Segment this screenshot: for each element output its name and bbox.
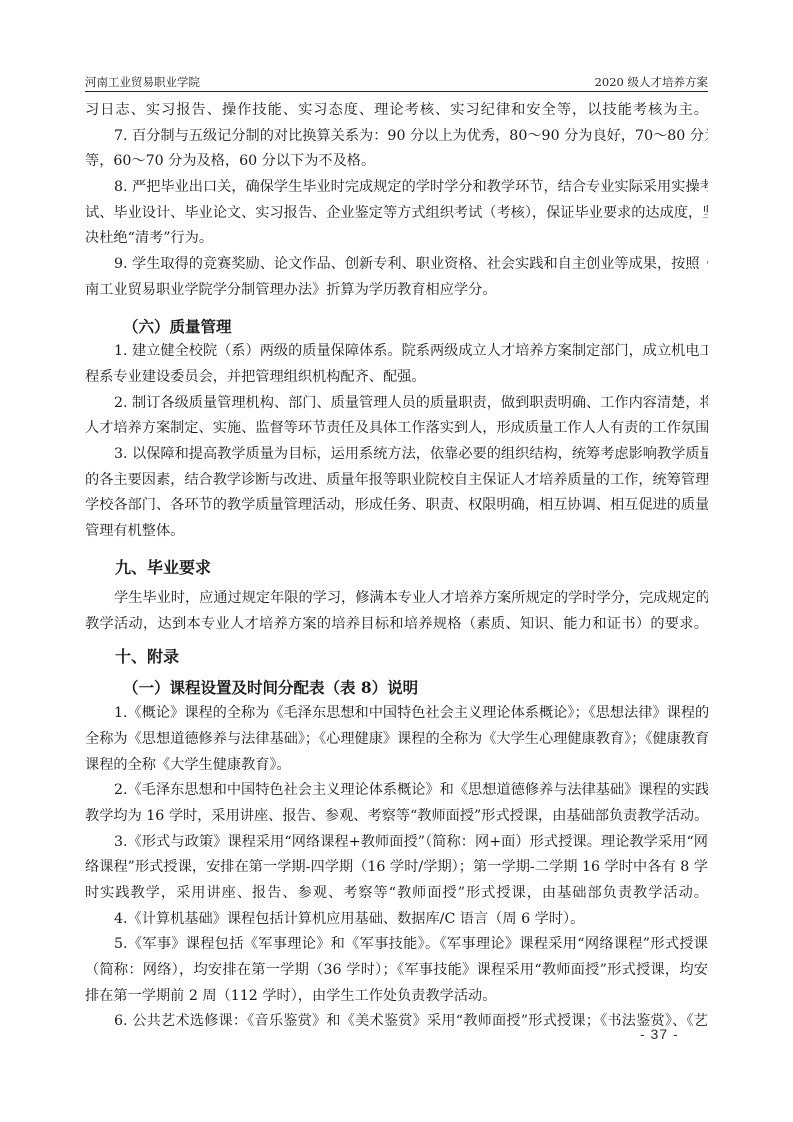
paragraph-line: 人才培养方案制定、实施、监督等环节责任及具体工作落实到人，形成质量工作人人有责的… xyxy=(85,416,708,442)
paragraph-line: 决杜绝“清考”行为。 xyxy=(85,226,708,252)
section-heading-quality: （六）质量管理 xyxy=(85,314,708,340)
paragraph-line: 试、毕业设计、毕业论文、实习报告、企业鉴定等方式组织考试（考核），保证毕业要求的… xyxy=(85,201,708,227)
paragraph-line: 南工业贸易职业学院学分制管理办法》折算为学历教育相应学分。 xyxy=(85,278,708,304)
header-document-title: 2020 级人才培养方案 xyxy=(595,74,708,90)
paragraph-line: 5.《军事》课程包括《军事理论》和《军事技能》。《军事理论》课程采用“网络课程”… xyxy=(85,932,708,958)
paragraph-line: 1. 建立健全校院（系）两级的质量保障体系。院系两级成立人才培养方案制定部门，成… xyxy=(85,339,708,365)
paragraph-line: 7. 百分制与五级记分制的对比换算关系为：90 分以上为优秀，80～90 分为良… xyxy=(85,124,708,150)
running-header: 河南工业贸易职业学院 2020 级人才培养方案 xyxy=(85,74,708,91)
paragraph-line: 2.《毛泽东思想和中国特色社会主义理论体系概论》和《思想道德修养与法律基础》课程… xyxy=(85,778,708,804)
paragraph-line: 学生毕业时，应通过规定年限的学习，修满本专业人才培养方案所规定的学时学分，完成规… xyxy=(85,586,708,612)
paragraph-line: 8. 严把毕业出口关，确保学生毕业时完成规定的学时学分和教学环节，结合专业实际采… xyxy=(85,175,708,201)
paragraph-line: 习日志、实习报告、操作技能、实习态度、理论考核、实习纪律和安全等，以技能考核为主… xyxy=(85,98,708,124)
paragraph-line: 的各主要因素，结合教学诊断与改进、质量年报等职业院校自主保证人才培养质量的工作，… xyxy=(85,468,708,494)
chapter-heading-appendix: 十、附录 xyxy=(85,644,708,670)
paragraph-line: 络课程”形式授课，安排在第一学期-四学期（16 学时/学期）；第一学期-二学期 … xyxy=(85,855,708,881)
paragraph-line: 程系专业建设委员会，并把管理组织机构配齐、配强。 xyxy=(85,365,708,391)
paragraph-line: 课程的全称《大学生健康教育》。 xyxy=(85,753,708,779)
paragraph-line: 管理有机整体。 xyxy=(85,519,708,545)
header-institution: 河南工业贸易职业学院 xyxy=(85,74,200,90)
paragraph-line: 9. 学生取得的竞赛奖励、论文作品、创新专利、职业资格、社会实践和自主创业等成果… xyxy=(85,252,708,278)
paragraph-line: （简称：网络），均安排在第一学期（36 学时）；《军事技能》课程采用“教师面授”… xyxy=(85,958,708,984)
document-page: 河南工业贸易职业学院 2020 级人才培养方案 习日志、实习报告、操作技能、实习… xyxy=(0,0,793,1122)
paragraph-line: 学校各部门、各环节的教学质量管理活动，形成任务、职责、权限明确，相互协调、相互促… xyxy=(85,493,708,519)
paragraph-line: 时实践教学，采用讲座、报告、参观、考察等“教师面授”形式授课，由基础部负责教学活… xyxy=(85,881,708,907)
paragraph-line: 排在第一学期前 2 周（112 学时），由学生工作处负责教学活动。 xyxy=(85,984,708,1010)
paragraph-line: 教学活动，达到本专业人才培养方案的培养目标和培养规格（素质、知识、能力和证书）的… xyxy=(85,612,708,638)
paragraph-line: 3. 以保障和提高教学质量为目标，运用系统方法，依靠必要的组织结构，统筹考虑影响… xyxy=(85,442,708,468)
section-heading-course-schedule: （一）课程设置及时间分配表（表 8）说明 xyxy=(85,675,708,701)
header-rule xyxy=(85,91,708,92)
paragraph-line: 等，60～70 分为及格，60 分以下为不及格。 xyxy=(85,149,708,175)
paragraph-line: 2. 制订各级质量管理机构、部门、质量管理人员的质量职责，做到职责明确、工作内容… xyxy=(85,391,708,417)
page-body: 习日志、实习报告、操作技能、实习态度、理论考核、实习纪律和安全等，以技能考核为主… xyxy=(85,98,708,1035)
chapter-heading-graduation: 九、毕业要求 xyxy=(85,555,708,581)
paragraph-line: 全称为《思想道德修养与法律基础》；《心理健康》课程的全称为《大学生心理健康教育》… xyxy=(85,727,708,753)
page-number: - 37 - xyxy=(640,1026,679,1042)
paragraph-line: 4.《计算机基础》课程包括计算机应用基础、数据库/C 语言（周 6 学时）。 xyxy=(85,907,708,933)
paragraph-line: 1.《概论》课程的全称为《毛泽东思想和中国特色社会主义理论体系概论》；《思想法律… xyxy=(85,701,708,727)
paragraph-line: 3.《形式与政策》课程采用“网络课程+教师面授”（简称：网+面）形式授课。理论教… xyxy=(85,830,708,856)
paragraph-line: 6. 公共艺术选修课：《音乐鉴赏》和《美术鉴赏》采用“教师面授”形式授课；《书法… xyxy=(85,1009,708,1035)
paragraph-line: 教学均为 16 学时，采用讲座、报告、参观、考察等“教师面授”形式授课，由基础部… xyxy=(85,804,708,830)
